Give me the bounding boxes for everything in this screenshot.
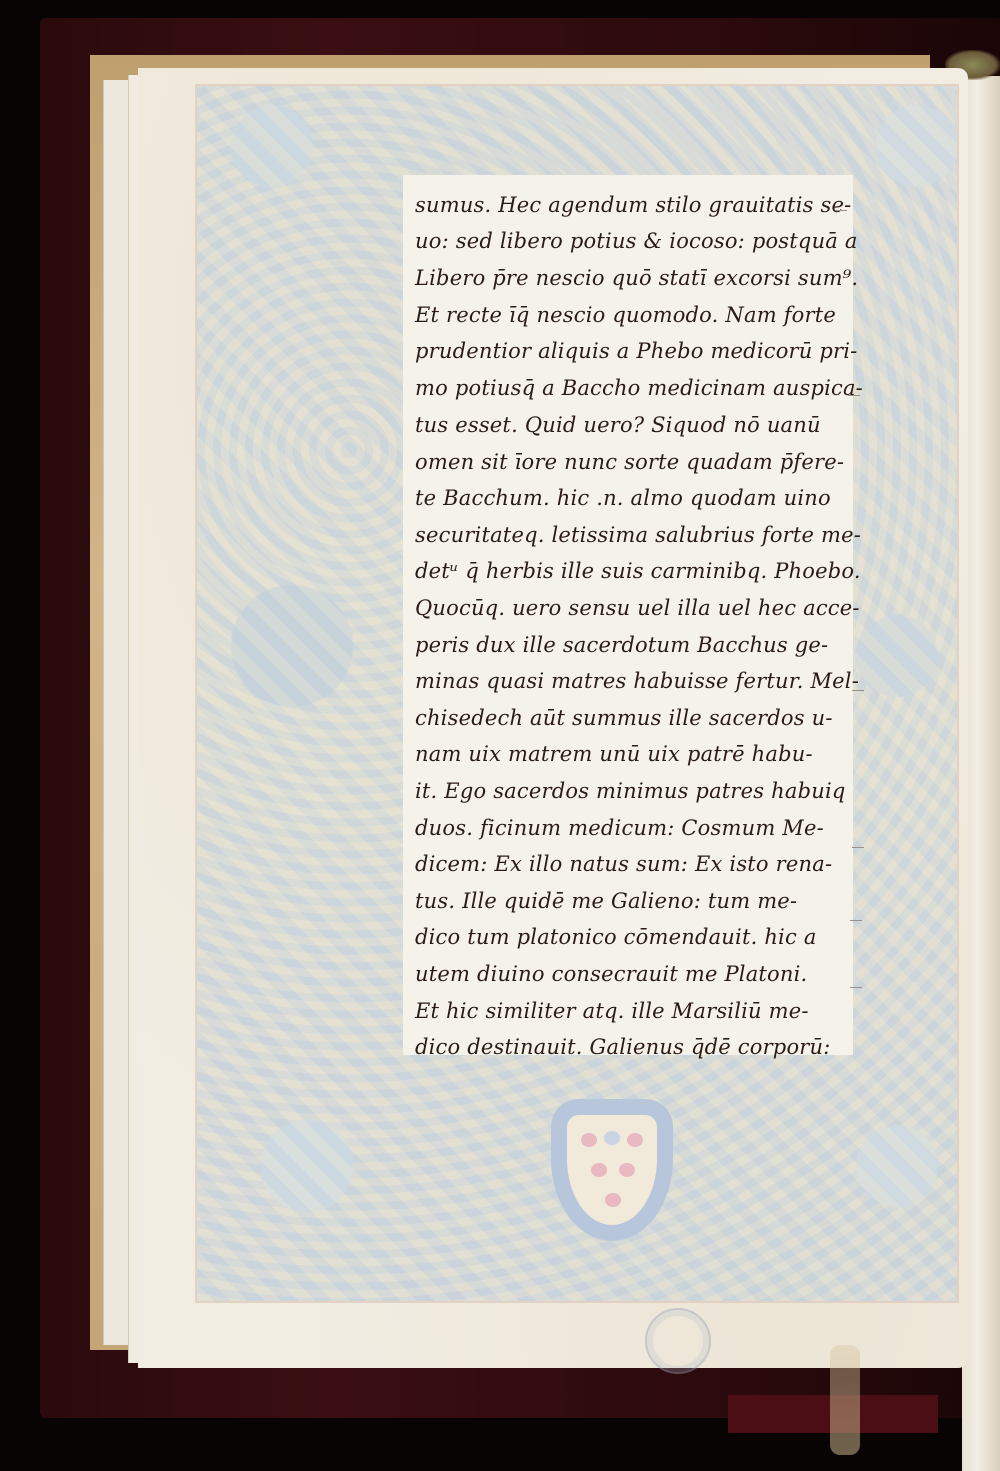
text-line: omen sit īore nunc sorte quadam p̄fere- [415, 450, 844, 474]
water-stain [830, 1345, 860, 1455]
text-line: te Bacchum. hic .n. almo quodam uino [415, 486, 831, 510]
arms-ball-icon [581, 1133, 597, 1147]
text-line: detᵘ q̄ herbis ille suis carminibq. Phoe… [415, 559, 861, 583]
text-line: chisedech aūt summus ille sacerdos u- [415, 706, 833, 730]
text-line: Et recte īq̄ nescio quomodo. Nam forte [415, 303, 836, 327]
library-stamp-icon [645, 1308, 711, 1374]
ruling-mark [852, 847, 864, 848]
text-line: uo: sed libero potius & iocoso: postquā … [415, 229, 858, 253]
text-line: securitateq. letissima salubrius forte m… [415, 523, 861, 547]
text-line: sumus. Hec agendum stilo grauitatis se- [415, 193, 851, 217]
text-line: dico tum platonico cōmendauit. hic a [415, 925, 817, 949]
text-line: mo potiusq̄ a Baccho medicinam auspica- [415, 376, 863, 400]
ruling-mark [848, 395, 860, 396]
text-line: dicem: Ex illo natus sum: Ex isto rena- [415, 852, 832, 876]
arms-ball-icon [591, 1163, 607, 1177]
text-line: tus esset. Quid uero? Siquod nō uanū [415, 413, 821, 437]
ruling-mark [850, 920, 862, 921]
ruling-mark [850, 987, 862, 988]
text-line: Et hic similiter atq. ille Marsiliū me- [415, 999, 809, 1023]
arms-ball-icon [605, 1193, 621, 1207]
arms-ball-icon [604, 1131, 620, 1145]
text-block: sumus. Hec agendum stilo grauitatis se- … [403, 175, 853, 1055]
ruling-mark [835, 210, 847, 211]
text-line: nam uix matrem unū uix patrē habu- [415, 742, 813, 766]
text-line: dico destinauit. Galienus q̄dē corporū: [415, 1035, 831, 1059]
text-line: tus. Ille quidē me Galieno: tum me- [415, 889, 797, 913]
text-line: prudentior aliquis a Phebo medicorū pri- [415, 339, 857, 363]
text-line: minas quasi matres habuisse fertur. Mel- [415, 669, 859, 693]
ruling-mark [852, 690, 864, 691]
text-line: Quocūq. uero sensu uel illa uel hec acce… [415, 596, 860, 620]
arms-ball-icon [619, 1163, 635, 1177]
text-line: utem diuino consecrauit me Platoni. [415, 962, 807, 986]
text-line: duos. ficinum medicum: Cosmum Me- [415, 816, 824, 840]
text-line: Libero p̄re nescio quō statī excorsi sum… [415, 266, 858, 290]
arms-ball-icon [627, 1133, 643, 1147]
text-line: it. Ego sacerdos minimus patres habuiq [415, 779, 846, 803]
text-line: peris dux ille sacerdotum Bacchus ge- [415, 633, 828, 657]
